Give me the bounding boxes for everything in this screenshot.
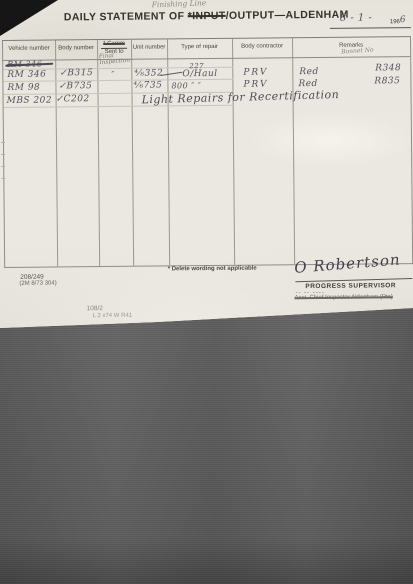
form-content: Finishing Line DAILY STATEMENT OF *INPUT… (0, 0, 413, 584)
statement-table: Vehicle number Body number * Camm Sent t… (2, 36, 413, 268)
date-handwritten: 8 - 1 - (340, 12, 373, 23)
form-code-small: (2M 8/73 304) (19, 280, 56, 286)
row1-repair: O/Haul (182, 69, 217, 79)
remarks-annotation: Bonnet No (341, 47, 374, 56)
row2-remark-right: R835 (374, 76, 400, 86)
row1-remark: Red (299, 67, 318, 77)
margin-tick (1, 178, 5, 179)
header-underline (3, 56, 410, 61)
pencil-note-top: Finishing Line (152, 0, 207, 9)
row3-note: Light Repairs for Recertification (141, 88, 339, 106)
row2-remark: Red (298, 79, 317, 89)
row1-contractor: PRV (243, 67, 268, 77)
form-title-suffix: /OUTPUT—ALDENHAM (226, 9, 349, 22)
margin-tick (1, 142, 5, 143)
header-body-contractor: Body contractor (232, 43, 292, 50)
second-sheet-code: 108/2 (87, 305, 103, 312)
second-sheet-code2: L 2 x74 W R41 (93, 313, 133, 319)
row2-vehicle: RM 98 (7, 83, 40, 93)
date-year-digit: 6 (400, 15, 406, 25)
column-divider (97, 40, 100, 266)
row1-sent-to-ditto: ″ (111, 70, 115, 79)
date-rule (330, 27, 411, 29)
connector-stroke (160, 72, 182, 76)
row1-remark-right: R348 (375, 63, 401, 73)
margin-tick (1, 166, 5, 167)
column-divider (292, 38, 295, 264)
row1-vehicle: RM 346 (7, 70, 46, 80)
form-title-struck-word: *INPUT (188, 10, 226, 22)
form-title-prefix: DAILY STATEMENT OF (64, 10, 188, 23)
column-divider (232, 39, 235, 265)
row2-unit: ⁴⁄₆735 (133, 80, 162, 90)
scanned-document-page: Finishing Line DAILY STATEMENT OF *INPUT… (0, 0, 413, 584)
sent-to-annotation-line2: Inspection (99, 58, 130, 66)
margin-tick (1, 154, 5, 155)
header-type-of-repair: Type of repair (167, 44, 232, 51)
row2-body: ✓B735 (58, 81, 92, 91)
row2-repair: 800 ″ ″ (171, 81, 201, 90)
column-divider (55, 40, 58, 266)
header-body-number: Body number (55, 45, 97, 52)
header-unit-number: Unit number (131, 44, 167, 51)
row1-unit: ⁴⁄₆352 (134, 68, 163, 78)
signature-title: PROGRESS SUPERVISOR (305, 282, 396, 290)
row1-body: ✓B315 (59, 68, 93, 78)
row3-body: ✓C202 (56, 94, 90, 104)
sent-to-annotation: Final Inspection (99, 52, 131, 67)
row2-contractor: PRV (243, 79, 268, 89)
date-printed-year: 196 (390, 19, 400, 25)
signature-struck-title: Asst. Chief Inspector Aldenham (Pte) (294, 294, 392, 301)
row3-vehicle: MBS 202 (7, 96, 53, 106)
header-vehicle-number: Vehicle number (3, 45, 55, 52)
delete-wording-footnote: * Delete wording not applicable (152, 265, 272, 272)
